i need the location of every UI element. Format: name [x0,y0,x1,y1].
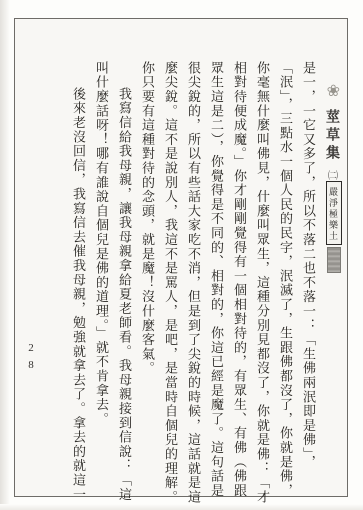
book-title: 莖草集 [321,109,341,163]
scan-edge-shading [0,0,10,510]
paragraph-1: 是一，一它又多了，所以不落二也不落一：「生佛兩泯即是佛」，「泯」，三點水一個人民… [136,61,320,507]
page-frame: ❀ 莖草集 ㈡ 嚴淨極樂土 是一，一它又多了，所以不落二也不落一：「生佛兩泯即是… [14,18,348,497]
page-number: 28 [25,342,37,376]
paragraph-2: 我寫信給我母親，讓我母親拿給夏老師看。我母親接到信說：「這叫什麼話呀！哪有誰說自… [90,61,136,507]
chapter-badge-secondary [327,247,341,273]
paragraph-3: 後來老沒回信，我寫信去催我母親，勉強就拿去了。拿去的就這一 [67,61,90,507]
flower-icon: ❀ [327,81,340,100]
volume-label: ㈡ [328,167,338,182]
body-text: 是一，一它又多了，所以不落二也不落一：「生佛兩泯即是佛」，「泯」，三點水一個人民… [38,61,320,507]
page-header: ❀ 莖草集 ㈡ 嚴淨極樂土 [317,19,347,279]
chapter-badge: 嚴淨極樂土 [326,181,342,245]
